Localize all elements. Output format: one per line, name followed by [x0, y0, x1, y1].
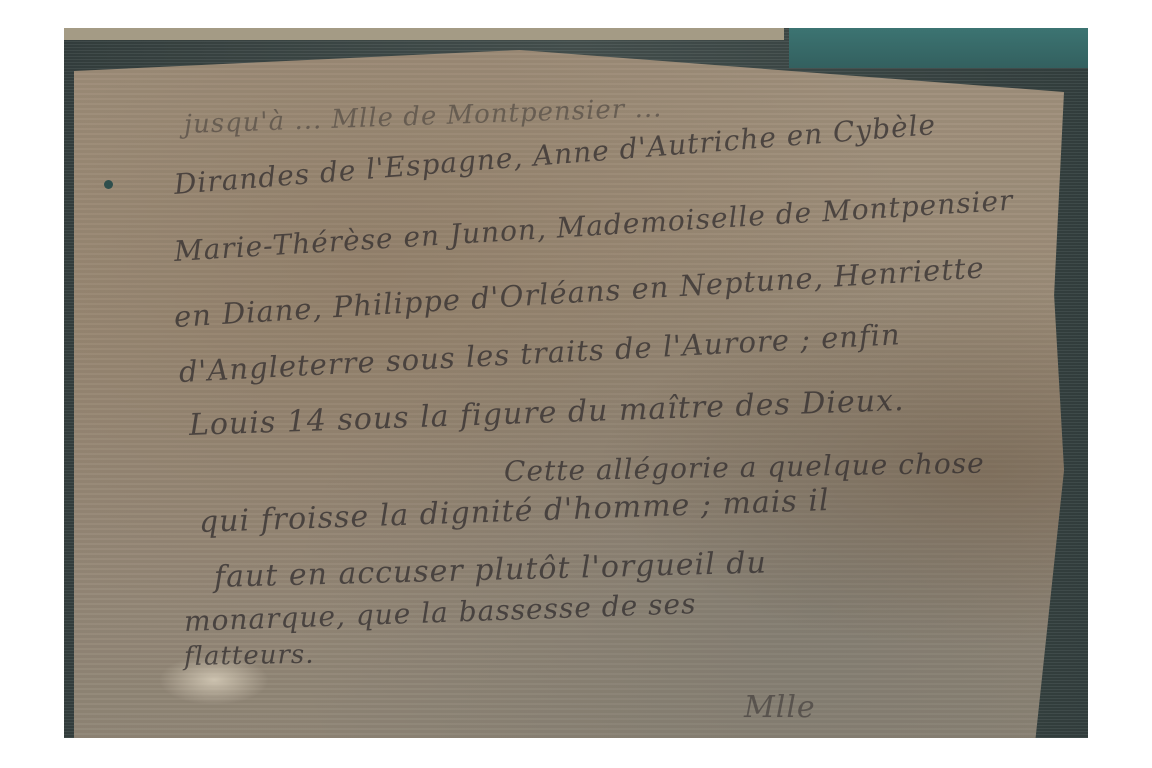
teal-paper-strip: [789, 28, 1088, 68]
manuscript-line-13: ...: [324, 730, 356, 738]
manuscript-line-10: monarque, que la bassesse de ses: [183, 587, 697, 638]
manuscript-sheet: jusqu'à ... Mlle de Montpensier ... Dira…: [74, 50, 1064, 738]
pin-hole-mark: [104, 180, 113, 189]
manuscript-line-8: qui froisse la dignité d'homme ; mais il: [198, 483, 830, 540]
manuscript-line-5: d'Angleterre sous les traits de l'Aurore…: [178, 317, 901, 389]
manuscript-line-11: flatteurs.: [184, 640, 315, 672]
top-paper-edge: [64, 28, 784, 40]
manuscript-line-7: Cette allégorie a quelque chose: [504, 447, 985, 488]
manuscript-line-1: jusqu'à ... Mlle de Montpensier ...: [183, 93, 662, 140]
manuscript-line-6: Louis 14 sous la figure du maître des Di…: [188, 383, 905, 443]
manuscript-line-12: Mlle: [744, 690, 816, 725]
manuscript-photo: jusqu'à ... Mlle de Montpensier ... Dira…: [64, 28, 1088, 738]
